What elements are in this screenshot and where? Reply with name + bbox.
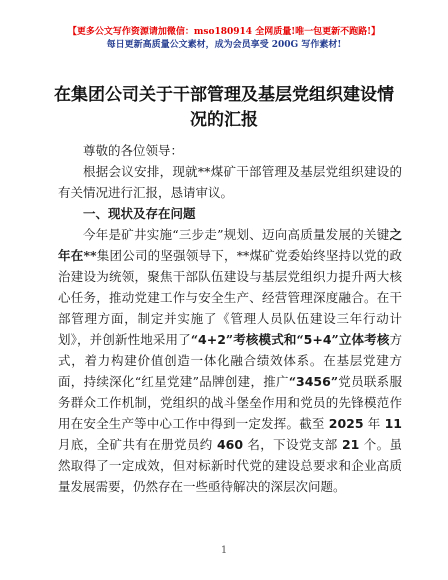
paragraph-section-body: 今年是矿井实施“三步走”规划、迈向高质量发展的关键之年在**集团公司的坚强领导下… xyxy=(58,224,402,497)
document-page: 【更多公文写作资源请加微信：mso180914 全网质量!唯一包更新不跑路!】 … xyxy=(0,0,448,580)
text-run: 4+2 xyxy=(198,332,226,347)
text-run: 11 xyxy=(385,416,402,431)
paragraph-intro: 根据会议安排，现就**煤矿干部管理及基层党组织建设的有关情况进行汇报，恳请审议。 xyxy=(58,161,402,203)
promo-line-2: 每日更新高质量公文素材，成为会员享受 200G 写作素材! xyxy=(0,39,448,52)
text-run: ” xyxy=(331,374,338,389)
text-run: ”立体考核 xyxy=(332,332,390,347)
text-run: 名，下设党支部 xyxy=(243,437,342,452)
document-title: 在集团公司关于干部管理及基层党组织建设情况的汇报 xyxy=(48,83,400,133)
text-run: 尊敬的各位领导： xyxy=(83,143,183,158)
paragraph-section-heading: 一、现状及存在问题 xyxy=(58,203,402,224)
text-run: 2025 xyxy=(329,416,364,431)
text-run: 月底，全矿共有在册党员约 xyxy=(58,437,217,452)
text-run: “ xyxy=(191,332,198,347)
text-run: 今年是矿井实施“三步走”规划、迈向高质量发展的关键 xyxy=(83,227,389,242)
text-run: 21 xyxy=(342,437,359,452)
text-run: 3456 xyxy=(296,374,331,389)
promo-line-1: 【更多公文写作资源请加微信：mso180914 全网质量!唯一包更新不跑路!】 xyxy=(0,26,448,39)
promo-banner: 【更多公文写作资源请加微信：mso180914 全网质量!唯一包更新不跑路!】 … xyxy=(0,26,448,52)
text-run: 460 xyxy=(217,437,243,452)
document-body: 尊敬的各位领导：根据会议安排，现就**煤矿干部管理及基层党组织建设的有关情况进行… xyxy=(58,140,402,497)
text-run: 根据会议安排，现就**煤矿干部管理及基层党组织建设的有关情况进行汇报，恳请审议。 xyxy=(58,164,402,200)
paragraph-greeting: 尊敬的各位领导： xyxy=(58,140,402,161)
text-run: “ xyxy=(289,374,296,389)
text-run: 5+4 xyxy=(304,332,332,347)
page-number: 1 xyxy=(0,545,448,556)
text-run: 一、现状及存在问题 xyxy=(83,206,196,221)
text-run: ”考核模式和“ xyxy=(226,332,304,347)
text-run: 年 xyxy=(364,416,385,431)
